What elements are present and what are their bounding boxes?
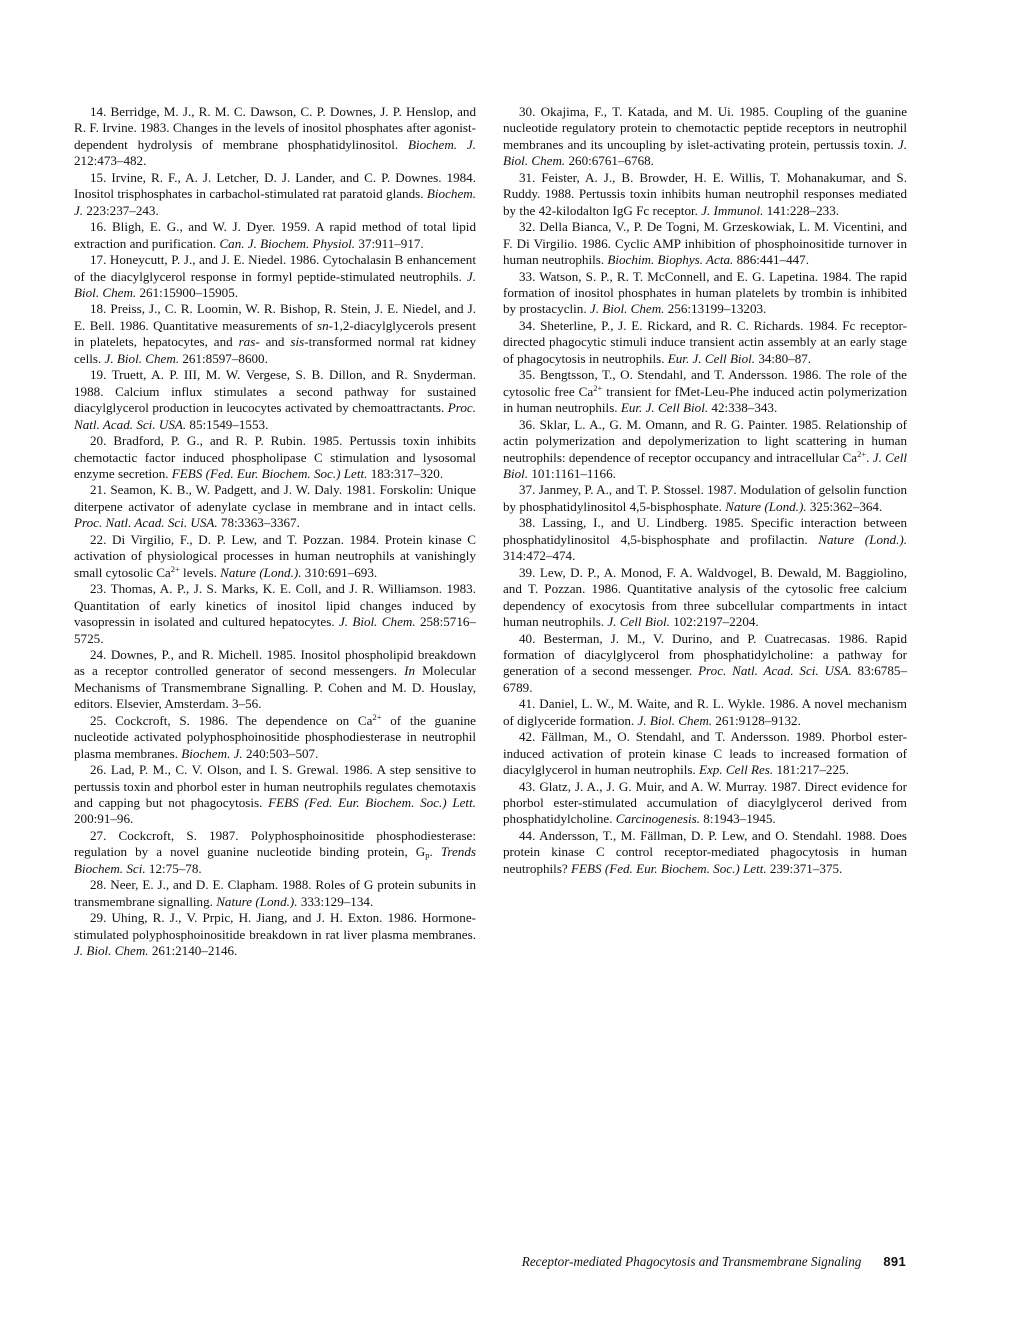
- reference-entry: 27. Cockcroft, S. 1987. Polyphosphoinosi…: [74, 828, 476, 877]
- reference-entry: 34. Sheterline, P., J. E. Rickard, and R…: [503, 318, 907, 367]
- superscript-text: 2+: [372, 712, 381, 722]
- superscript-text: 2+: [857, 449, 866, 459]
- reference-number: 33.: [519, 269, 535, 284]
- reference-text: 102:2197–2204.: [670, 614, 759, 629]
- journal-or-italic-text: In: [404, 663, 415, 678]
- reference-number: 29.: [90, 910, 106, 925]
- reference-number: 27.: [90, 828, 106, 843]
- superscript-text: 2+: [171, 564, 180, 574]
- reference-entry: 25. Cockcroft, S. 1986. The dependence o…: [74, 713, 476, 762]
- reference-entry: 32. Della Bianca, V., P. De Togni, M. Gr…: [503, 219, 907, 268]
- reference-number: 18.: [90, 301, 106, 316]
- reference-number: 36.: [519, 417, 535, 432]
- reference-text: .: [866, 450, 873, 465]
- reference-entry: 23. Thomas, A. P., J. S. Marks, K. E. Co…: [74, 581, 476, 647]
- reference-entry: 16. Bligh, E. G., and W. J. Dyer. 1959. …: [74, 219, 476, 252]
- page-number: 891: [883, 1254, 906, 1269]
- reference-text: Irvine, R. F., A. J. Letcher, D. J. Land…: [74, 170, 476, 201]
- reference-text: 78:3363–3367.: [218, 515, 300, 530]
- reference-text: 256:13199–13203.: [664, 301, 766, 316]
- journal-or-italic-text: Can. J. Biochem. Physiol.: [219, 236, 355, 251]
- reference-text: 261:9128–9132.: [712, 713, 801, 728]
- reference-number: 17.: [90, 252, 106, 267]
- journal-or-italic-text: Eur. J. Cell Biol.: [621, 400, 708, 415]
- reference-text: 261:8597–8600.: [179, 351, 268, 366]
- journal-or-italic-text: Biochim. Biophys. Acta.: [607, 252, 733, 267]
- reference-text: 85:1549–1553.: [186, 417, 268, 432]
- reference-text: Seamon, K. B., W. Padgett, and J. W. Dal…: [74, 482, 476, 513]
- reference-entry: 31. Feister, A. J., B. Browder, H. E. Wi…: [503, 170, 907, 219]
- reference-text: - and: [255, 334, 290, 349]
- reference-number: 43.: [519, 779, 535, 794]
- reference-entry: 44. Andersson, T., M. Fällman, D. P. Lew…: [503, 828, 907, 877]
- journal-or-italic-text: sn: [317, 318, 329, 333]
- reference-number: 21.: [90, 482, 106, 497]
- reference-number: 24.: [90, 647, 106, 662]
- reference-entry: 33. Watson, S. P., R. T. McConnell, and …: [503, 269, 907, 318]
- reference-column-right: 30. Okajima, F., T. Katada, and M. Ui. 1…: [503, 104, 907, 877]
- reference-number: 34.: [519, 318, 535, 333]
- reference-number: 23.: [90, 581, 106, 596]
- reference-number: 40.: [519, 631, 535, 646]
- journal-or-italic-text: J. Biol. Chem.: [105, 351, 180, 366]
- reference-text: 183:317–320.: [367, 466, 443, 481]
- reference-entry: 29. Uhing, R. J., V. Prpic, H. Jiang, an…: [74, 910, 476, 959]
- journal-or-italic-text: Eur. J. Cell Biol.: [668, 351, 755, 366]
- journal-or-italic-text: Proc. Natl. Acad. Sci. USA.: [698, 663, 852, 678]
- reference-text: 200:91–96.: [74, 811, 133, 826]
- journal-or-italic-text: J. Biol. Chem.: [74, 943, 149, 958]
- reference-text: Sklar, L. A., G. M. Omann, and R. G. Pai…: [503, 417, 907, 465]
- reference-text: 181:217–225.: [773, 762, 849, 777]
- reference-entry: 36. Sklar, L. A., G. M. Omann, and R. G.…: [503, 417, 907, 483]
- reference-entry: 40. Besterman, J. M., V. Durino, and P. …: [503, 631, 907, 697]
- journal-or-italic-text: J. Biol. Chem.: [339, 614, 416, 629]
- reference-entry: 37. Janmey, P. A., and T. P. Stossel. 19…: [503, 482, 907, 515]
- journal-or-italic-text: Nature (Lond.).: [818, 532, 907, 547]
- reference-number: 22.: [90, 532, 106, 547]
- reference-text: Cockcroft, S. 1986. The dependence on Ca: [106, 713, 372, 728]
- reference-number: 38.: [519, 515, 535, 530]
- reference-entry: 38. Lassing, I., and U. Lindberg. 1985. …: [503, 515, 907, 564]
- journal-or-italic-text: Biochem. J.: [181, 746, 242, 761]
- reference-number: 44.: [519, 828, 535, 843]
- reference-number: 20.: [90, 433, 106, 448]
- reference-number: 37.: [519, 482, 535, 497]
- reference-entry: 19. Truett, A. P. III, M. W. Vergese, S.…: [74, 367, 476, 433]
- reference-text: 12:75–78.: [146, 861, 202, 876]
- reference-number: 16.: [90, 219, 106, 234]
- reference-text: 314:472–474.: [503, 548, 575, 563]
- reference-number: 26.: [90, 762, 106, 777]
- journal-or-italic-text: Nature (Lond.).: [220, 565, 301, 580]
- reference-entry: 22. Di Virgilio, F., D. P. Lew, and T. P…: [74, 532, 476, 581]
- reference-entry: 26. Lad, P. M., C. V. Olson, and I. S. G…: [74, 762, 476, 828]
- reference-text: 260:6761–6768.: [565, 153, 654, 168]
- journal-or-italic-text: Proc. Natl. Acad. Sci. USA.: [74, 515, 218, 530]
- journal-or-italic-text: Nature (Lond.).: [216, 894, 297, 909]
- journal-or-italic-text: J. Biol. Chem.: [638, 713, 713, 728]
- reference-text: 141:228–233.: [763, 203, 839, 218]
- reference-text: Okajima, F., T. Katada, and M. Ui. 1985.…: [503, 104, 907, 152]
- journal-or-italic-text: FEBS (Fed. Eur. Biochem. Soc.) Lett.: [571, 861, 767, 876]
- reference-text: 101:1161–1166.: [528, 466, 616, 481]
- page-footer: Receptor-mediated Phagocytosis and Trans…: [0, 1254, 906, 1270]
- reference-entry: 41. Daniel, L. W., M. Waite, and R. L. W…: [503, 696, 907, 729]
- journal-or-italic-text: Nature (Lond.).: [725, 499, 806, 514]
- journal-or-italic-text: J. Cell Biol.: [607, 614, 670, 629]
- journal-or-italic-text: FEBS (Fed. Eur. Bio­chem. Soc.) Lett.: [268, 795, 476, 810]
- reference-number: 42.: [519, 729, 535, 744]
- journal-or-italic-text: ras: [239, 334, 256, 349]
- journal-or-italic-text: Exp. Cell Res.: [699, 762, 773, 777]
- reference-entry: 15. Irvine, R. F., A. J. Letcher, D. J. …: [74, 170, 476, 219]
- reference-entry: 35. Bengtsson, T., O. Stendahl, and T. A…: [503, 367, 907, 416]
- reference-number: 35.: [519, 367, 535, 382]
- reference-entry: 28. Neer, E. J., and D. E. Clapham. 1988…: [74, 877, 476, 910]
- reference-column-left: 14. Berridge, M. J., R. M. C. Dawson, C.…: [74, 104, 476, 960]
- reference-number: 19.: [90, 367, 106, 382]
- reference-entry: 39. Lew, D. P., A. Monod, F. A. Waldvoge…: [503, 565, 907, 631]
- superscript-text: 2+: [593, 383, 602, 393]
- journal-or-italic-text: J. Biol. Chem.: [590, 301, 665, 316]
- reference-text: 240:503–507.: [243, 746, 319, 761]
- journal-or-italic-text: FEBS (Fed. Eur. Biochem. Soc.) Lett.: [172, 466, 368, 481]
- reference-entry: 20. Bradford, P. G., and R. P. Rubin. 19…: [74, 433, 476, 482]
- reference-text: 37:911–917.: [355, 236, 424, 251]
- reference-text: Cockcroft, S. 1987. Polyphosphoinositide…: [74, 828, 476, 859]
- running-title: Receptor-mediated Phagocytosis and Trans…: [522, 1254, 862, 1269]
- reference-text: levels.: [180, 565, 220, 580]
- reference-text: 239:371–375.: [767, 861, 843, 876]
- reference-text: 333:129–134.: [298, 894, 374, 909]
- reference-text: 261:2140–2146.: [149, 943, 238, 958]
- reference-text: 34:80–87.: [755, 351, 811, 366]
- reference-number: 39.: [519, 565, 535, 580]
- reference-text: 310:691–693.: [302, 565, 378, 580]
- journal-or-italic-text: Biochem. J.: [408, 137, 476, 152]
- reference-text: 223:237–243.: [83, 203, 159, 218]
- reference-entry: 42. Fällman, M., O. Stendahl, and T. And…: [503, 729, 907, 778]
- reference-text: Truett, A. P. III, M. W. Vergese, S. B. …: [74, 367, 476, 415]
- journal-or-italic-text: J. Immunol.: [701, 203, 763, 218]
- reference-text: 8:1943–1945.: [700, 811, 776, 826]
- reference-text: 261:15900–15905.: [136, 285, 238, 300]
- reference-number: 32.: [519, 219, 535, 234]
- reference-entry: 24. Downes, P., and R. Michell. 1985. In…: [74, 647, 476, 713]
- reference-entry: 17. Honeycutt, P. J., and J. E. Niedel. …: [74, 252, 476, 301]
- reference-number: 14.: [90, 104, 106, 119]
- reference-entry: 21. Seamon, K. B., W. Padgett, and J. W.…: [74, 482, 476, 531]
- journal-or-italic-text: sis: [290, 334, 304, 349]
- reference-number: 25.: [90, 713, 106, 728]
- reference-entry: 18. Preiss, J., C. R. Loomin, W. R. Bish…: [74, 301, 476, 367]
- reference-text: Uhing, R. J., V. Prpic, H. Jiang, and J.…: [74, 910, 476, 941]
- journal-or-italic-text: Carcinogenesis.: [616, 811, 700, 826]
- reference-text: 42:338–343.: [708, 400, 777, 415]
- reference-number: 15.: [90, 170, 106, 185]
- reference-text: 325:362–364.: [807, 499, 883, 514]
- reference-number: 41.: [519, 696, 535, 711]
- reference-number: 28.: [90, 877, 106, 892]
- reference-text: 212:473–482.: [74, 153, 146, 168]
- reference-entry: 14. Berridge, M. J., R. M. C. Dawson, C.…: [74, 104, 476, 170]
- reference-number: 31.: [519, 170, 535, 185]
- reference-number: 30.: [519, 104, 535, 119]
- reference-text: .: [430, 844, 441, 859]
- reference-entry: 43. Glatz, J. A., J. G. Muir, and A. W. …: [503, 779, 907, 828]
- reference-entry: 30. Okajima, F., T. Katada, and M. Ui. 1…: [503, 104, 907, 170]
- reference-text: Honeycutt, P. J., and J. E. Niedel. 1986…: [74, 252, 476, 283]
- reference-text: 886:441–447.: [733, 252, 809, 267]
